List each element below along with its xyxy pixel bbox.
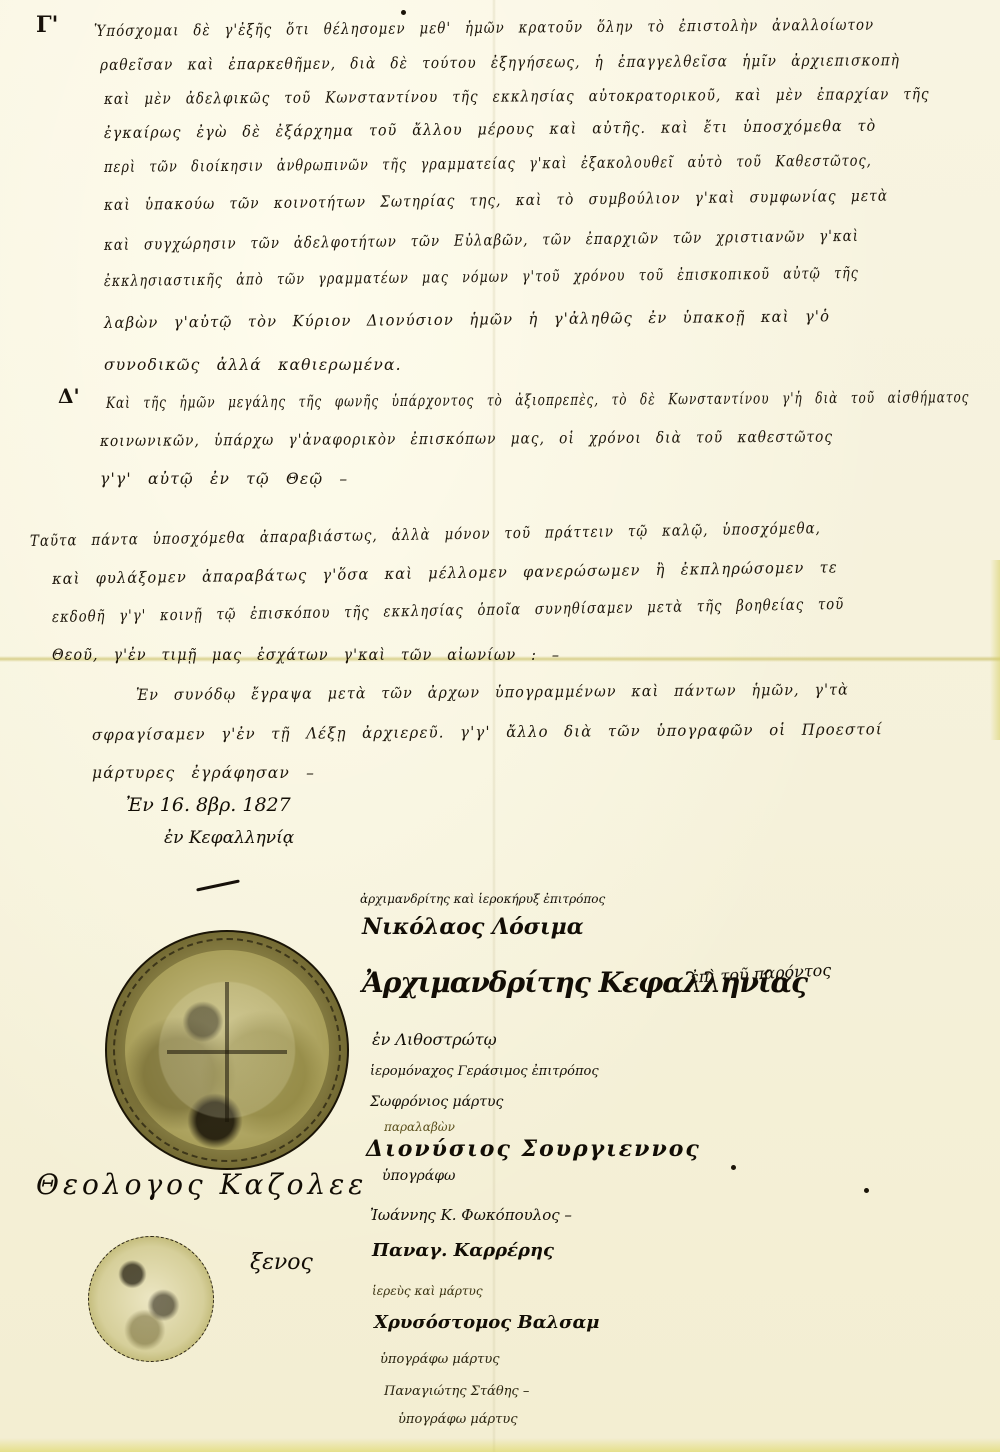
manuscript-line: κοινωνικῶν, ὑπάρχω γ'ἀναφορικὸν ἐπισκόπω… [100,428,833,450]
small-ink-seal [88,1236,214,1362]
manuscript-line: καὶ συγχώρησιν τῶν ἀδελφοτήτων τῶν Εὐλαβ… [104,227,859,254]
left-signature-second-line: ξενος [250,1250,313,1275]
ink-dot [731,1165,736,1170]
signature: ὑπογράφω μάρτυς [380,1352,500,1367]
signature: ἱερεὺς καὶ μάρτυς [372,1284,483,1298]
manuscript-line: ραθεῖσαν καὶ ἐπαρκεθῆμεν, διὰ δὲ τούτου … [100,51,900,74]
signature: ὑπογράφω μάρτυς [398,1412,518,1427]
manuscript-line: περὶ τῶν διοίκησιν ἀνθρωπινῶν τῆς γραμμα… [104,152,872,176]
section-marker: Δ' [58,384,80,408]
signature: Διονύσιος Σουργιεννος [366,1136,701,1162]
manuscript-line: Καὶ τῆς ἡμῶν μεγάλης τῆς φωνῆς ὑπάρχοντο… [106,388,969,412]
signature: ὑπογράφω [382,1168,455,1184]
dateline: Ἐν 16. 8βρ. 1827 [126,794,291,816]
signature: Νικόλαος Λόσιμα [362,914,584,940]
signature: ἱερομόναχος Γεράσιμος ἐπιτρόπος [370,1064,599,1079]
signature: Σωφρόνιος μάρτυς [370,1094,503,1110]
manuscript-line: καὶ ὑπακούω τῶν κοινοτήτων Σωτηρίας της,… [104,187,888,214]
large-ink-seal [105,930,349,1170]
manuscript-line: γ'γ' αὐτῷ ἐν τῷ Θεῷ – [100,470,348,488]
section-marker: Γ' [36,12,58,38]
signature: Χρυσόστομος Βαλσαμ [374,1312,599,1333]
manuscript-line: Ὑπόσχομαι δὲ γ'ἐξῆς ὅτι θέλησομεν μεθ' ἡ… [94,16,874,40]
manuscript-line: ἐγκαίρως ἐγὼ δὲ ἐξάρχημα τοῦ ἄλλου μέρου… [104,117,876,142]
signature-flourish [196,879,240,891]
manuscript-line: ἐκκλησιαστικῆς ἀπὸ τῶν γραμματέων μας νό… [104,264,859,290]
manuscript-line: μάρτυρες ἐγράφησαν – [92,764,315,782]
manuscript-line: λαβὼν γ'αὐτῷ τὸν Κύριον Διονύσιον ἡμῶν ἡ… [104,307,830,332]
signature: Παναγιώτης Στάθης – [384,1384,529,1399]
ink-dot [864,1188,869,1193]
left-signature: Θεολογος Καζολεε [36,1168,367,1201]
manuscript-line: εκδοθῆ γ'γ' κοινῇ τῷ ἐπισκόπου τῆς εκκλη… [52,595,844,626]
manuscript-line: καὶ μὲν ἀδελφικῶς τοῦ Κωνσταντίνου τῆς ε… [104,85,930,108]
ink-dot [401,10,406,15]
manuscript-line: Θεοῦ, γ'ἐν τιμῇ μας ἐσχάτων γ'καὶ τῶν αἰ… [52,646,560,664]
manuscript-line: Ἐν συνόδῳ ἔγραψα μετὰ τῶν ἀρχων ὑπογραμμ… [136,681,849,704]
paper-edge-stain [0,1438,1000,1452]
seal-cross [167,1050,287,1054]
manuscript-page: Γ' Ὑπόσχομαι δὲ γ'ἐξῆς ὅτι θέλησομεν μεθ… [0,0,1000,1452]
signature: ἐν Λιθοστρώτῳ [372,1030,497,1049]
manuscript-line: σφραγίσαμεν γ'ἐν τῇ Λέξῃ ἀρχιερεῦ. γ'γ' … [92,720,883,744]
signature: παραλαβὼν [384,1120,455,1134]
signature: Παναγ. Καρρέρης [372,1240,554,1261]
dateline-place: ἐν Κεφαλληνίᾳ [164,828,294,848]
side-note: ἐπὶ τοῦ παρόντος [690,960,832,986]
signatures-header: ἀρχιμανδρίτης καὶ ἱεροκήρυξ ἐπιτρόπος [360,892,605,906]
manuscript-line: συνοδικῶς ἀλλά καθιερωμένα. [104,356,402,374]
signature: Ἰωάννης Κ. Φωκόπουλος – [370,1206,572,1224]
paper-edge-stain [990,560,1000,740]
manuscript-line: καὶ φυλάξομεν ἀπαραβάτως γ'ὅσα καὶ μέλλο… [52,558,838,588]
manuscript-line: Ταῦτα πάντα ὑποσχόμεθα ἀπαραβιάστως, ἀλλ… [30,519,821,550]
